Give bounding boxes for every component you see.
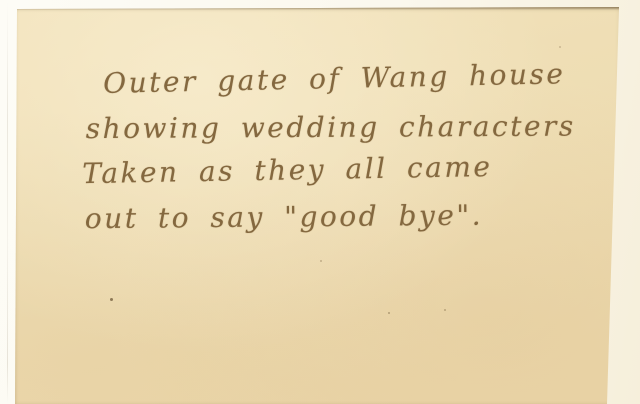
handwriting-line-3: Taken as they all came: [82, 142, 601, 196]
scanner-margin-shadow: [7, 0, 8, 404]
age-spot: [388, 312, 390, 314]
scanned-photo-back: Outer gate of Wang house showing wedding…: [0, 0, 640, 404]
photo-back-card: Outer gate of Wang house showing wedding…: [14, 6, 621, 404]
paper-top-edge-shadow: [14, 7, 621, 10]
age-spot: [110, 298, 113, 301]
handwritten-caption: Outer gate of Wang house showing wedding…: [79, 55, 601, 241]
age-spot: [559, 46, 561, 48]
handwriting-line-4: out to say "good bye".: [85, 192, 601, 242]
handwriting-line-1: Outer gate of Wang house: [103, 51, 600, 106]
age-spot: [320, 260, 322, 262]
age-spot: [444, 309, 446, 311]
